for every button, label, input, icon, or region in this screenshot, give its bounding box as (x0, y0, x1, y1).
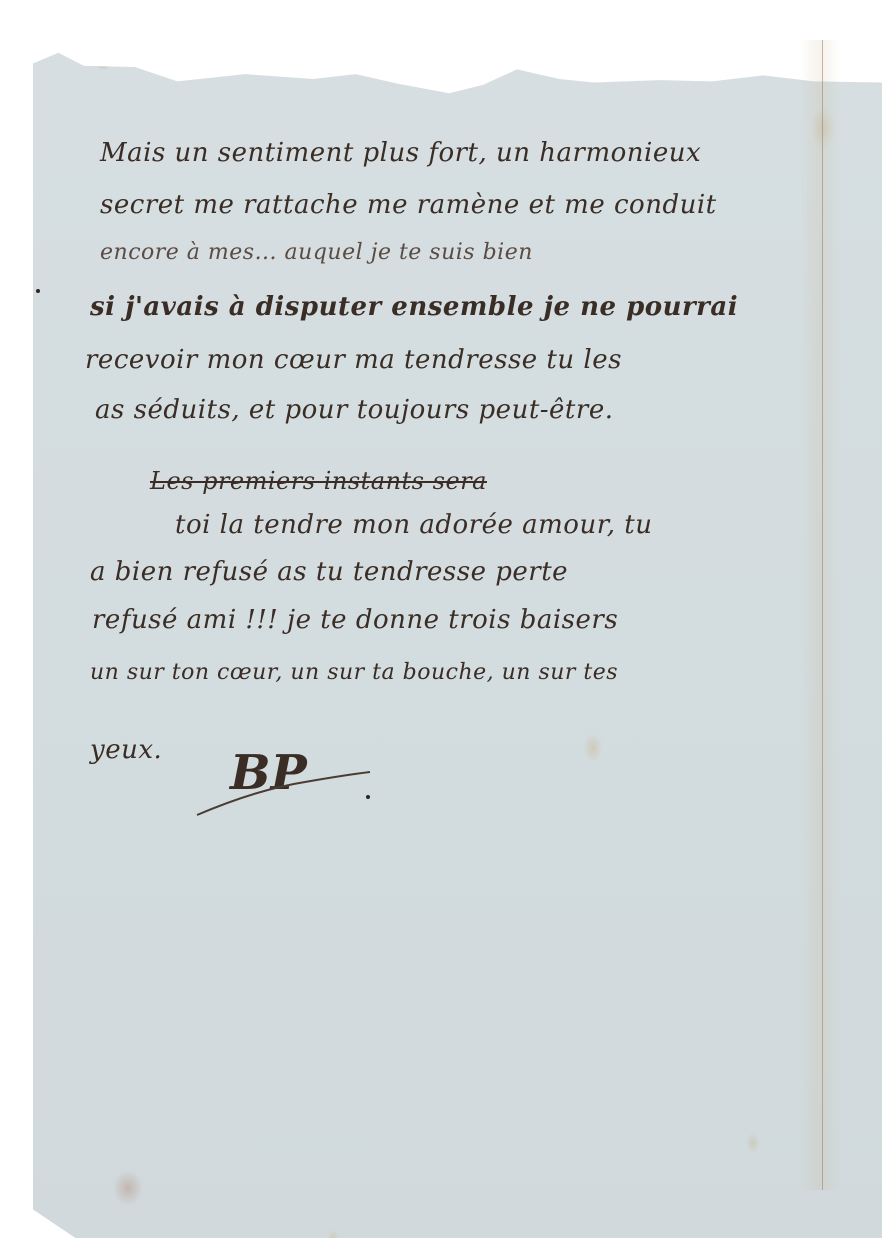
ink-dot (366, 795, 370, 799)
ink-dot (36, 289, 40, 293)
signature-flourish-icon (195, 770, 375, 820)
letter-line-6: as séduits, et pour toujours peut-être. (95, 395, 613, 425)
letter-line-11: un sur ton cœur, un sur ta bouche, un su… (90, 660, 618, 685)
letter-line-9: a bien refusé as tu tendresse perte (90, 557, 568, 587)
struck-line: Les premiers instants sera (150, 467, 487, 495)
letter-line-12: yeux. (90, 735, 162, 765)
paper-fold-line (822, 40, 823, 1190)
letter-line-2: secret me rattache me ramène et me condu… (100, 190, 717, 220)
letter-line-1: Mais un sentiment plus fort, un harmonie… (100, 138, 701, 168)
letter-line-4: si j'avais à disputer ensemble je ne pou… (90, 292, 738, 322)
letter-line-5: recevoir mon cœur ma tendresse tu les (85, 345, 622, 375)
letter-paper (33, 48, 882, 1238)
letter-line-8: toi la tendre mon adorée amour, tu (175, 510, 653, 540)
letter-line-10: refusé ami !!! je te donne trois baisers (92, 605, 618, 635)
fold-stain (800, 40, 840, 1190)
letter-line-3: encore à mes... auquel je te suis bien (100, 240, 533, 265)
